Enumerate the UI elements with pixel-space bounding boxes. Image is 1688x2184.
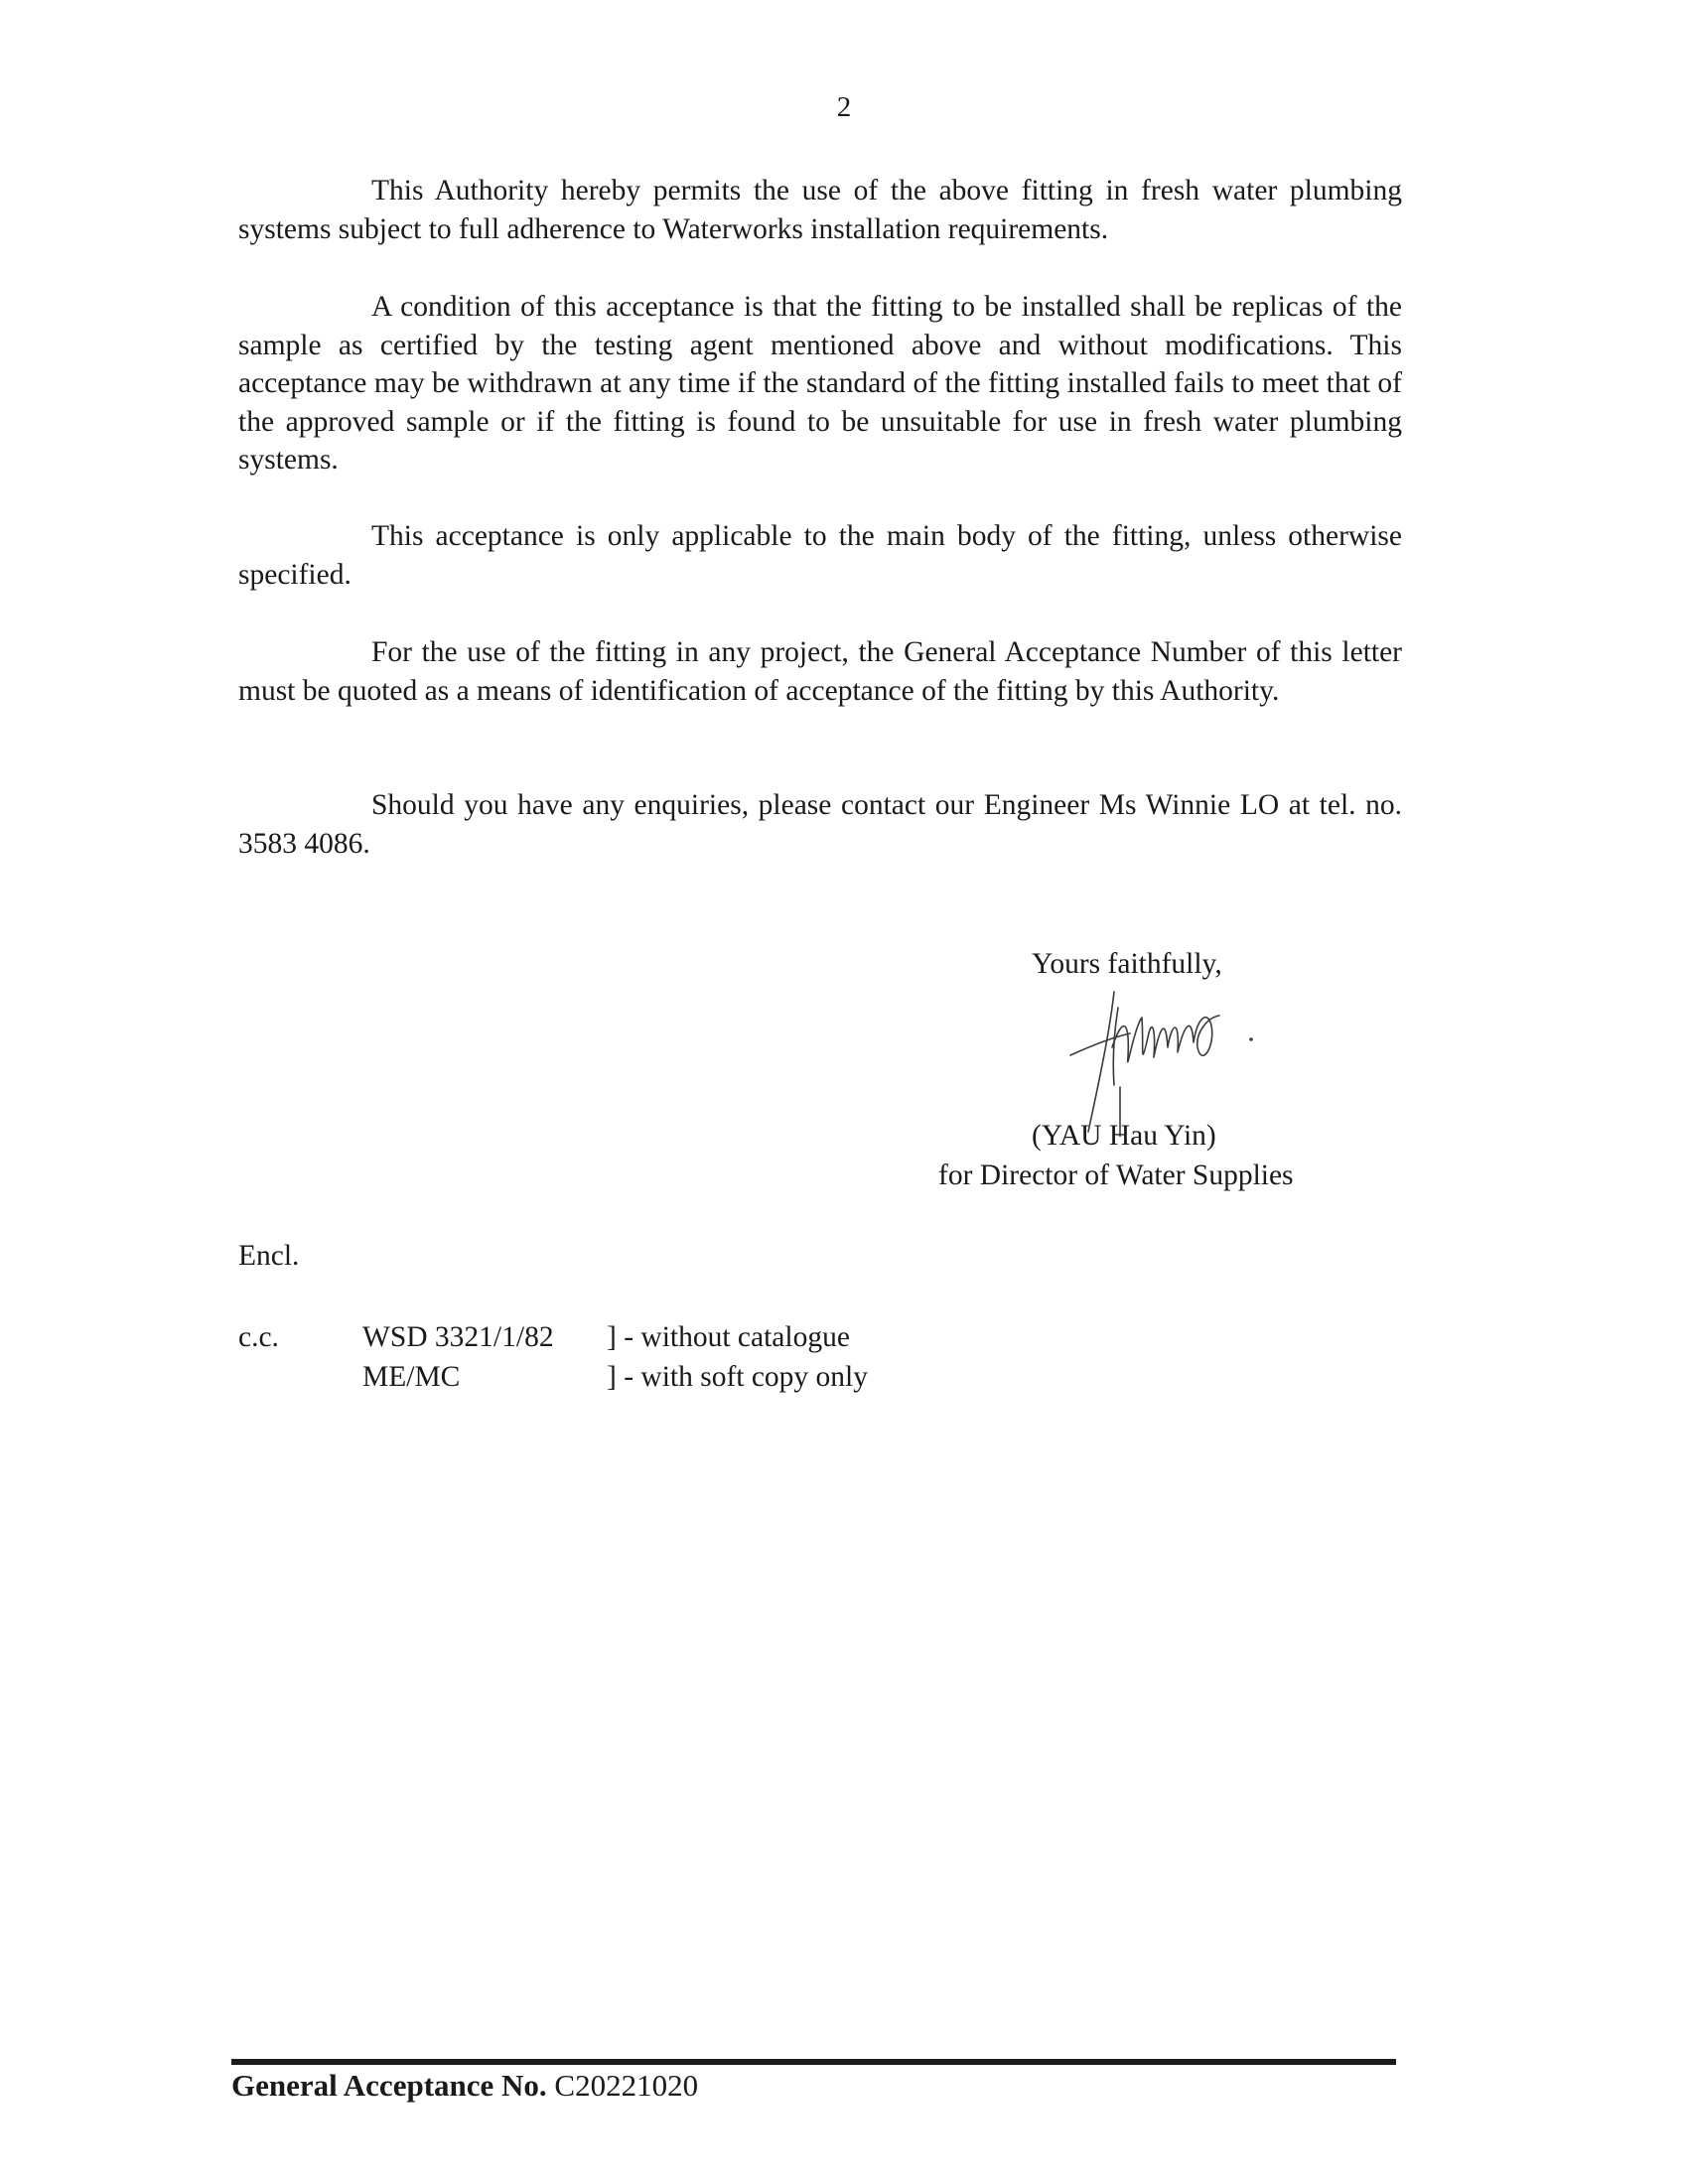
paragraph-text: For the use of the fitting in any projec… <box>238 636 1402 707</box>
paragraph-text: Should you have any enquiries, please co… <box>238 789 1402 860</box>
page-number: 2 <box>0 91 1688 124</box>
cc-note: ] - with soft copy only <box>607 1361 868 1393</box>
cc-ref: ME/MC <box>362 1361 607 1394</box>
paragraph-text: This acceptance is only applicable to th… <box>238 520 1402 591</box>
cc-note: ] - without catalogue <box>607 1321 850 1353</box>
footer-number: C20221020 <box>554 2068 698 2103</box>
cc-label: c.c. <box>238 1321 279 1354</box>
paragraph-text: This Authority hereby permits the use of… <box>238 175 1402 245</box>
signatory-name: (YAU Hau Yin) <box>1032 1120 1216 1153</box>
paragraph-scope: This acceptance is only applicable to th… <box>238 517 1402 594</box>
paragraph-condition: A condition of this acceptance is that t… <box>238 288 1402 479</box>
footer-divider <box>231 2059 1396 2065</box>
enclosure-label: Encl. <box>238 1240 299 1273</box>
cc-ref: WSD 3321/1/82 <box>362 1321 607 1354</box>
paragraph-enquiries: Should you have any enquiries, please co… <box>238 786 1402 863</box>
closing-salutation: Yours faithfully, <box>1032 948 1222 981</box>
cc-entry: WSD 3321/1/82] - without catalogue <box>362 1321 850 1354</box>
paragraph-permission: This Authority hereby permits the use of… <box>238 172 1402 248</box>
paragraph-identification: For the use of the fitting in any projec… <box>238 633 1402 710</box>
cc-entry: ME/MC] - with soft copy only <box>362 1361 868 1394</box>
signatory-title: for Director of Water Supplies <box>938 1160 1294 1192</box>
footer-acceptance-number: General Acceptance No. C20221020 <box>231 2068 698 2104</box>
paragraph-text: A condition of this acceptance is that t… <box>238 291 1402 476</box>
signature-icon <box>1053 988 1291 1137</box>
footer-label: General Acceptance No. <box>231 2068 547 2103</box>
